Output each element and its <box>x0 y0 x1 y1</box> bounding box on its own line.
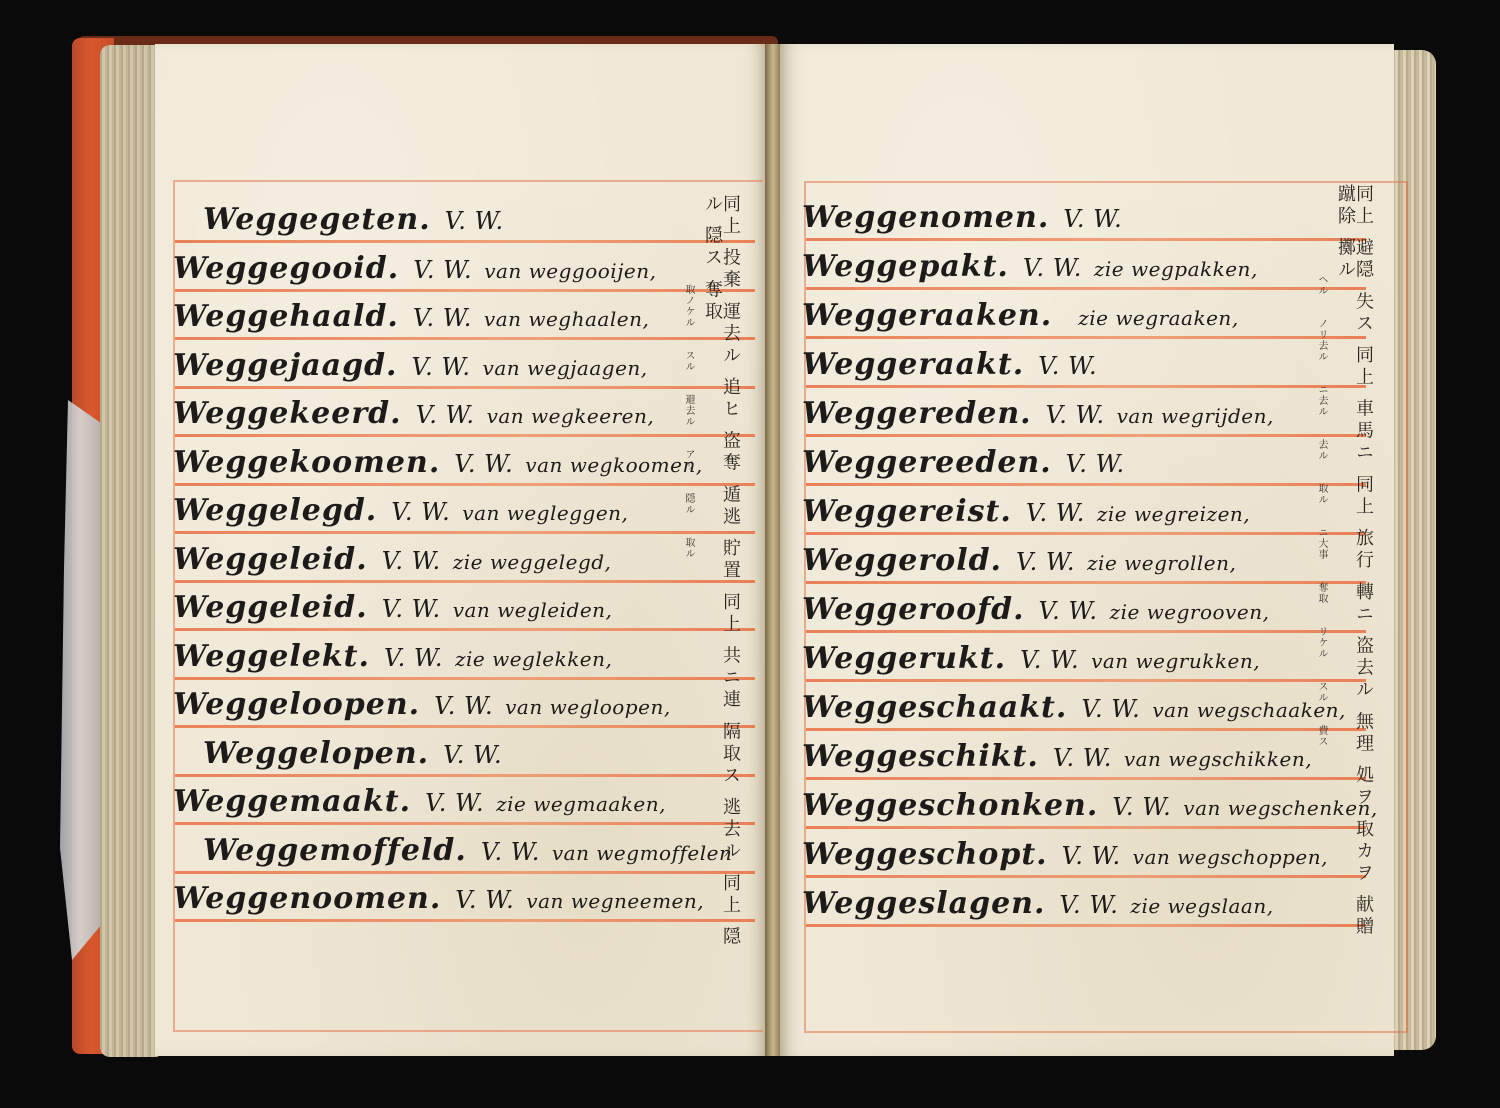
ruled-line <box>806 728 1366 731</box>
ruled-line <box>175 677 755 680</box>
dictionary-entry: Weggehaald.V. W.van weghaalen, <box>173 299 649 334</box>
ruled-line <box>806 336 1366 339</box>
ruled-line <box>806 777 1366 780</box>
ruled-line <box>175 337 755 340</box>
entry-ref: van weggooijen, <box>484 259 656 283</box>
entry-abbr: V. W. <box>1059 891 1118 919</box>
page-edges-left <box>100 45 158 1057</box>
entry-ref: van wegkoomen, <box>525 453 702 477</box>
entry-abbr: V. W. <box>1020 646 1079 674</box>
entry-ref: van wegschoppen, <box>1133 845 1328 869</box>
dictionary-entry: Weggeloopen.V. W.van wegloopen, <box>173 687 671 722</box>
entry-head: Weggerold. <box>802 543 1002 578</box>
entry-ref: van wegleiden, <box>453 598 613 622</box>
entry-ref: van wegneemen, <box>526 889 704 913</box>
dictionary-entry: Weggejaagd.V. W.van wegjaagen, <box>173 348 648 383</box>
entry-abbr: V. W. <box>1016 548 1075 576</box>
entry-head: Weggekoomen. <box>173 445 440 480</box>
entry-head: Weggenomen. <box>802 200 1049 235</box>
entry-head: Weggeslagen. <box>802 886 1045 921</box>
ruled-line <box>175 919 755 922</box>
entry-head: Weggereden. <box>802 396 1032 431</box>
dictionary-entry: Weggeleid.V. W.van wegleiden, <box>173 590 612 625</box>
dictionary-entry: Weggekoomen.V. W.van wegkoomen, <box>173 445 703 480</box>
ruled-line <box>806 287 1366 290</box>
entry-abbr: V. W. <box>382 547 441 575</box>
japanese-side-notes: ヘル ノリ去ル ニ去ル 去ル 取ル ニ大事 奪取 リケル スル 費ス <box>1314 274 1329 934</box>
entry-head: Weggeleid. <box>173 590 368 625</box>
ruled-line <box>175 774 755 777</box>
entry-abbr: V. W. <box>1062 842 1121 870</box>
entry-abbr: V. W. <box>1053 744 1112 772</box>
ruled-line <box>175 434 755 437</box>
entry-ref: zie wegraaken, <box>1078 306 1239 330</box>
entry-abbr: V. W. <box>425 789 484 817</box>
entry-abbr: V. W. <box>413 304 472 332</box>
japanese-gloss-column: 同上 投棄 運去ル 追ヒ 盗奪 遁逃 貯置 同上 共ニ連 隔取ス 逃去ル 同上 … <box>703 194 739 954</box>
ruled-line <box>806 630 1366 633</box>
ruled-line <box>175 240 755 243</box>
entry-head: Weggejaagd. <box>173 348 398 383</box>
entry-abbr: V. W. <box>481 838 540 866</box>
right-page: Weggenomen.V. W.Weggepakt.V. W.zie wegpa… <box>780 44 1394 1056</box>
entry-head: Weggeschopt. <box>802 837 1048 872</box>
ruled-line <box>806 679 1366 682</box>
entry-ref: zie wegslaan, <box>1130 894 1273 918</box>
entry-head: Weggeschaakt. <box>802 690 1067 725</box>
japanese-side-notes: 取ノケル スル 避去ル アリ 隠ル 取ル <box>681 284 696 944</box>
entry-abbr: V. W. <box>416 401 475 429</box>
entry-ref: van wegjaagen, <box>483 356 648 380</box>
entry-abbr: V. W. <box>1038 352 1097 380</box>
open-book: Weggegeten.V. W.Weggegooid.V. W.van wegg… <box>0 0 1500 1108</box>
dictionary-entry: Weggereist.V. W.zie wegreizen, <box>802 494 1250 529</box>
ruled-line <box>175 483 755 486</box>
entry-abbr: V. W. <box>1039 597 1098 625</box>
ruled-line <box>806 238 1366 241</box>
entry-head: Weggeschonken. <box>802 788 1098 823</box>
entry-abbr: V. W. <box>391 498 450 526</box>
entry-ref: van wegkeeren, <box>487 404 655 428</box>
entry-abbr: V. W. <box>1026 499 1085 527</box>
entry-ref: zie wegreizen, <box>1097 502 1250 526</box>
dictionary-entry: Weggeschopt.V. W.van wegschoppen, <box>802 837 1328 872</box>
dictionary-entry: Weggepakt.V. W.zie wegpakken, <box>802 249 1258 284</box>
entry-abbr: V. W. <box>1046 401 1105 429</box>
entry-head: Weggemoffeld. <box>203 833 467 868</box>
dictionary-entry: Weggeschikt.V. W.van wegschikken, <box>802 739 1312 774</box>
entry-head: Weggelopen. <box>203 736 429 771</box>
dictionary-entry: Weggemoffeld.V. W.van wegmoffelen <box>203 833 732 868</box>
entry-head: Weggeraakt. <box>802 347 1024 382</box>
dictionary-entry: Weggegeten.V. W. <box>203 202 516 237</box>
dictionary-entry: Weggeschaakt.V. W.van wegschaaken, <box>802 690 1346 725</box>
entry-abbr: V. W. <box>455 886 514 914</box>
torn-cover-fragment <box>60 400 100 960</box>
ruled-line <box>806 532 1366 535</box>
dictionary-entry: Weggerold.V. W.zie wegrollen, <box>802 543 1236 578</box>
entry-abbr: V. W. <box>382 595 441 623</box>
entry-head: Weggerukt. <box>802 641 1006 676</box>
ruled-line <box>175 628 755 631</box>
dictionary-entry: Weggelegd.V. W.van wegleggen, <box>173 493 628 528</box>
entry-abbr: V. W. <box>445 207 504 235</box>
dictionary-entry: Weggereden.V. W.van wegrijden, <box>802 396 1274 431</box>
ruled-line <box>175 386 755 389</box>
entry-abbr: V. W. <box>1063 205 1122 233</box>
left-page: Weggegeten.V. W.Weggegooid.V. W.van wegg… <box>155 44 767 1056</box>
entry-head: Weggenoomen. <box>173 881 441 916</box>
ruled-line <box>175 580 755 583</box>
entry-ref: van wegleggen, <box>462 501 628 525</box>
dictionary-entry: Weggenoomen.V. W.van wegneemen, <box>173 881 704 916</box>
entry-ref: zie wegrooven, <box>1110 600 1270 624</box>
entry-ref: van wegrukken, <box>1091 649 1260 673</box>
entry-head: Weggegeten. <box>203 202 431 237</box>
ruled-line <box>806 924 1366 927</box>
dictionary-entry: Weggeroofd.V. W.zie wegrooven, <box>802 592 1269 627</box>
dictionary-entry: Weggelekt.V. W.zie weglekken, <box>173 639 612 674</box>
dictionary-entry: Weggegooid.V. W.van weggooijen, <box>173 251 656 286</box>
entry-abbr: V. W. <box>1081 695 1140 723</box>
entry-abbr: V. W. <box>454 450 513 478</box>
ruled-line <box>175 725 755 728</box>
ruled-line <box>806 875 1366 878</box>
ruled-line <box>175 289 755 292</box>
entry-ref: zie wegmaaken, <box>496 792 666 816</box>
dictionary-entry: Weggereeden.V. W. <box>802 445 1137 480</box>
entry-head: Weggeschikt. <box>802 739 1039 774</box>
entry-abbr: V. W. <box>443 741 502 769</box>
entry-head: Weggemaakt. <box>173 784 411 819</box>
ruled-line <box>806 434 1366 437</box>
entry-abbr: V. W. <box>1023 254 1082 282</box>
entry-abbr: V. W. <box>413 256 472 284</box>
entry-head: Weggepakt. <box>802 249 1009 284</box>
entry-abbr: V. W. <box>434 692 493 720</box>
dictionary-entry: Weggerukt.V. W.van wegrukken, <box>802 641 1260 676</box>
entry-head: Weggereeden. <box>802 445 1052 480</box>
entry-abbr: V. W. <box>412 353 471 381</box>
dictionary-entry: Weggeraakt.V. W. <box>802 347 1109 382</box>
entry-head: Weggelegd. <box>173 493 377 528</box>
entry-ref: zie wegpakken, <box>1094 257 1258 281</box>
entry-head: Weggelekt. <box>173 639 370 674</box>
ruled-line <box>806 483 1366 486</box>
ruled-line <box>806 826 1366 829</box>
entry-head: Weggekeerd. <box>173 396 402 431</box>
entry-head: Weggehaald. <box>173 299 399 334</box>
entry-head: Weggeraaken. <box>802 298 1052 333</box>
ruled-line <box>806 385 1366 388</box>
entry-head: Weggeloopen. <box>173 687 420 722</box>
entry-ref: van wegloopen, <box>505 695 671 719</box>
entry-ref: van weghaalen, <box>484 307 649 331</box>
ruled-line <box>175 822 755 825</box>
entry-head: Weggeleid. <box>173 542 368 577</box>
dictionary-entry: Weggeraaken.zie wegraaken, <box>802 298 1239 333</box>
entry-ref: van wegschikken, <box>1124 747 1312 771</box>
dictionary-entry: Weggeschonken.V. W.van wegschenken, <box>802 788 1378 823</box>
entry-abbr: V. W. <box>384 644 443 672</box>
entry-head: Weggeroofd. <box>802 592 1025 627</box>
entry-ref: zie wegrollen, <box>1087 551 1236 575</box>
entry-head: Weggereist. <box>802 494 1012 529</box>
dictionary-entry: Weggenomen.V. W. <box>802 200 1134 235</box>
ruled-line <box>806 581 1366 584</box>
ruled-line <box>175 871 755 874</box>
dictionary-entry: Weggelopen.V. W. <box>203 736 514 771</box>
dictionary-entry: Weggekeerd.V. W.van wegkeeren, <box>173 396 654 431</box>
ruled-line <box>175 531 755 534</box>
entry-ref: van wegrijden, <box>1117 404 1274 428</box>
japanese-gloss-column: 同上 避隠 失ス 同上 車馬ニ 同上 旅行 轉ニ 盗去ル 無理 処ヲ 取カヲ 献… <box>1336 184 1372 944</box>
entry-abbr: V. W. <box>1066 450 1125 478</box>
entry-ref: zie weglekken, <box>455 647 612 671</box>
dictionary-entry: Weggeslagen.V. W.zie wegslaan, <box>802 886 1274 921</box>
book-gutter <box>765 44 781 1056</box>
dictionary-entry: Weggeleid.V. W.zie weggelegd, <box>173 542 611 577</box>
entry-head: Weggegooid. <box>173 251 399 286</box>
entry-abbr: V. W. <box>1112 793 1171 821</box>
entry-ref: zie weggelegd, <box>453 550 612 574</box>
dictionary-entry: Weggemaakt.V. W.zie wegmaaken, <box>173 784 666 819</box>
